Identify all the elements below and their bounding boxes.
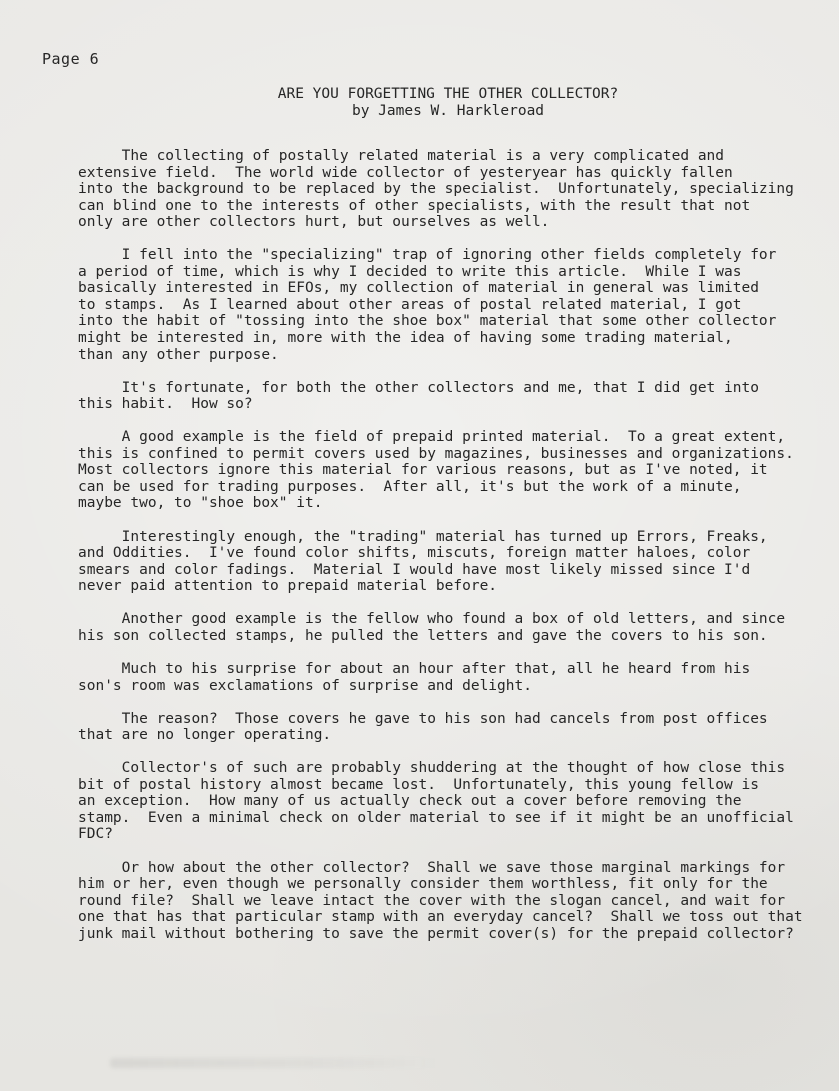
paragraph: The collecting of postally related mater… bbox=[78, 148, 828, 231]
paragraph: Collector's of such are probably shudder… bbox=[78, 760, 828, 843]
document-page: Page 6 ARE YOU FORGETTING THE OTHER COLL… bbox=[0, 0, 839, 1091]
paragraph: I fell into the "specializing" trap of i… bbox=[78, 247, 828, 363]
paragraph: The reason? Those covers he gave to his … bbox=[78, 711, 828, 744]
article-body: The collecting of postally related mater… bbox=[78, 148, 828, 959]
article-title: ARE YOU FORGETTING THE OTHER COLLECTOR? bbox=[78, 86, 818, 103]
paragraph: It's fortunate, for both the other colle… bbox=[78, 380, 828, 413]
paragraph: A good example is the field of prepaid p… bbox=[78, 429, 828, 512]
paragraph: Or how about the other collector? Shall … bbox=[78, 860, 828, 943]
bleed-through-smudge bbox=[110, 1058, 440, 1068]
page-number-label: Page 6 bbox=[42, 50, 99, 68]
paragraph: Interestingly enough, the "trading" mate… bbox=[78, 529, 828, 595]
article-header: ARE YOU FORGETTING THE OTHER COLLECTOR? … bbox=[78, 86, 818, 119]
paragraph: Another good example is the fellow who f… bbox=[78, 611, 828, 644]
paragraph: Much to his surprise for about an hour a… bbox=[78, 661, 828, 694]
article-byline: by James W. Harkleroad bbox=[78, 103, 818, 120]
